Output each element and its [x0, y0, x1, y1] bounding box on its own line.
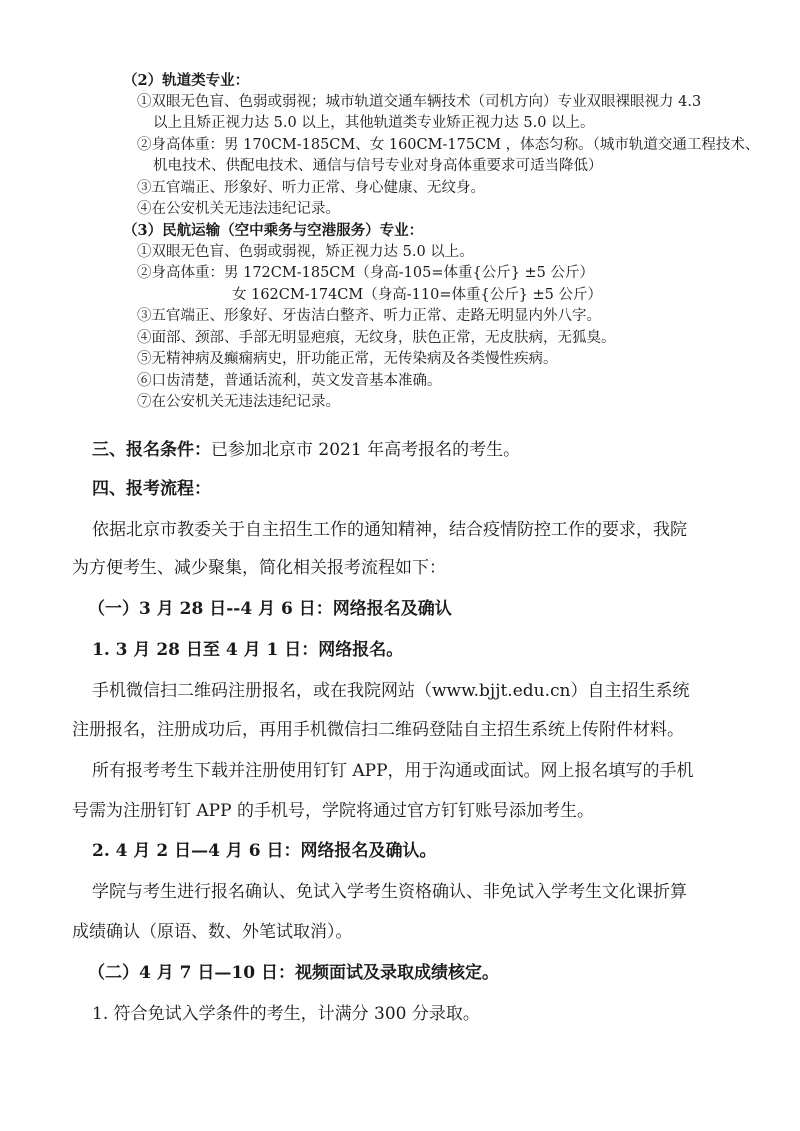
section-3-line: 三、报名条件：已参加北京市 2021 年高考报名的考生。: [92, 439, 520, 461]
phase-1-step-2-p-line-1: 学院与考生进行报名确认、免试入学考生资格确认、非免试入学考生文化课折算: [92, 881, 687, 903]
rail-item-1-cont: 以上且矫正视力达 5.0 以上，其他轨道类专业矫正视力达 5.0 以上。: [153, 113, 595, 134]
aviation-item-3: ③五官端正、形象好、牙齿洁白整齐、听力正常、走路无明显内外八字。: [137, 306, 601, 327]
aviation-item-2: ②身高体重：男 172CM-185CM（身高-105=体重{公斤} ±5 公斤）: [137, 263, 594, 284]
phase-2-heading: （二）4 月 7 日—10 日：视频面试及录取成绩核定。: [88, 962, 499, 984]
aviation-item-1: ①双眼无色盲、色弱或弱视，矫正视力达 5.0 以上。: [137, 242, 474, 263]
phase-2-step-1: 1. 符合免试入学条件的考生，计满分 300 分录取。: [92, 1003, 480, 1025]
section-3-heading: 三、报名条件：: [92, 440, 211, 460]
section-4-heading: 四、报考流程：: [92, 478, 211, 500]
phase-1-step-2-p-line-2: 成绩确认（原语、数、外笔试取消）。: [72, 921, 353, 943]
rail-item-4: ④在公安机关无违法违纪记录。: [137, 199, 340, 220]
phase-1-step-2-heading: 2. 4 月 2 日—4 月 6 日：网络报名及确认。: [92, 840, 437, 862]
aviation-item-6: ⑥口齿清楚，普通话流利，英文发音基本准确。: [137, 371, 442, 392]
phase-1-step-1-p2-line-1: 所有报考考生下载并注册使用钉钉 APP，用于沟通或面试。网上报名填写的手机: [92, 760, 694, 782]
section-4-intro-line-1: 依据北京市教委关于自主招生工作的通知精神，结合疫情防控工作的要求，我院: [92, 519, 687, 541]
rail-item-2: ②身高体重：男 170CM-185CM、女 160CM-175CM ，体态匀称。…: [137, 135, 759, 156]
phase-1-step-1-p1-line-1: 手机微信扫二维码注册报名，或在我院网站（www.bjjt.edu.cn）自主招生…: [92, 680, 689, 702]
rail-item-1: ①双眼无色盲、色弱或弱视；城市轨道交通车辆技术（司机方向）专业双眼裸眼视力 4.…: [137, 92, 701, 113]
aviation-item-7: ⑦在公安机关无违法违纪记录。: [137, 392, 340, 413]
rail-item-3: ③五官端正、形象好、听力正常、身心健康、无纹身。: [137, 178, 485, 199]
rail-item-2-cont: 机电技术、供配电技术、通信与信号专业对身高体重要求可适当降低）: [153, 156, 603, 177]
phase-1-step-1-p1-line-2: 注册报名，注册成功后，再用手机微信扫二维码登陆自主招生系统上传附件材料。: [72, 719, 684, 741]
section-3-text: 已参加北京市 2021 年高考报名的考生。: [211, 440, 520, 460]
aviation-item-5: ⑤无精神病及癫痫病史，肝功能正常，无传染病及各类慢性疾病。: [137, 349, 558, 370]
phase-1-heading: （一）3 月 28 日--4 月 6 日：网络报名及确认: [88, 598, 452, 620]
section-4-intro-line-2: 为方便考生、减少聚集，简化相关报考流程如下：: [72, 557, 446, 579]
aviation-item-4: ④面部、颈部、手部无明显疤痕，无纹身，肤色正常，无皮肤病，无狐臭。: [137, 328, 616, 349]
aviation-section-heading: （3）民航运输（空中乘务与空港服务）专业：: [123, 220, 423, 241]
aviation-item-2-female: 女 162CM-174CM（身高-110=体重{公斤} ±5 公斤）: [232, 285, 602, 306]
phase-1-step-1-heading: 1. 3 月 28 日至 4 月 1 日：网络报名。: [92, 639, 403, 661]
phase-1-step-1-p2-line-2: 号需为注册钉钉 APP 的手机号，学院将通过官方钉钉账号添加考生。: [72, 800, 594, 822]
rail-section-heading: （2）轨道类专业：: [123, 70, 249, 91]
